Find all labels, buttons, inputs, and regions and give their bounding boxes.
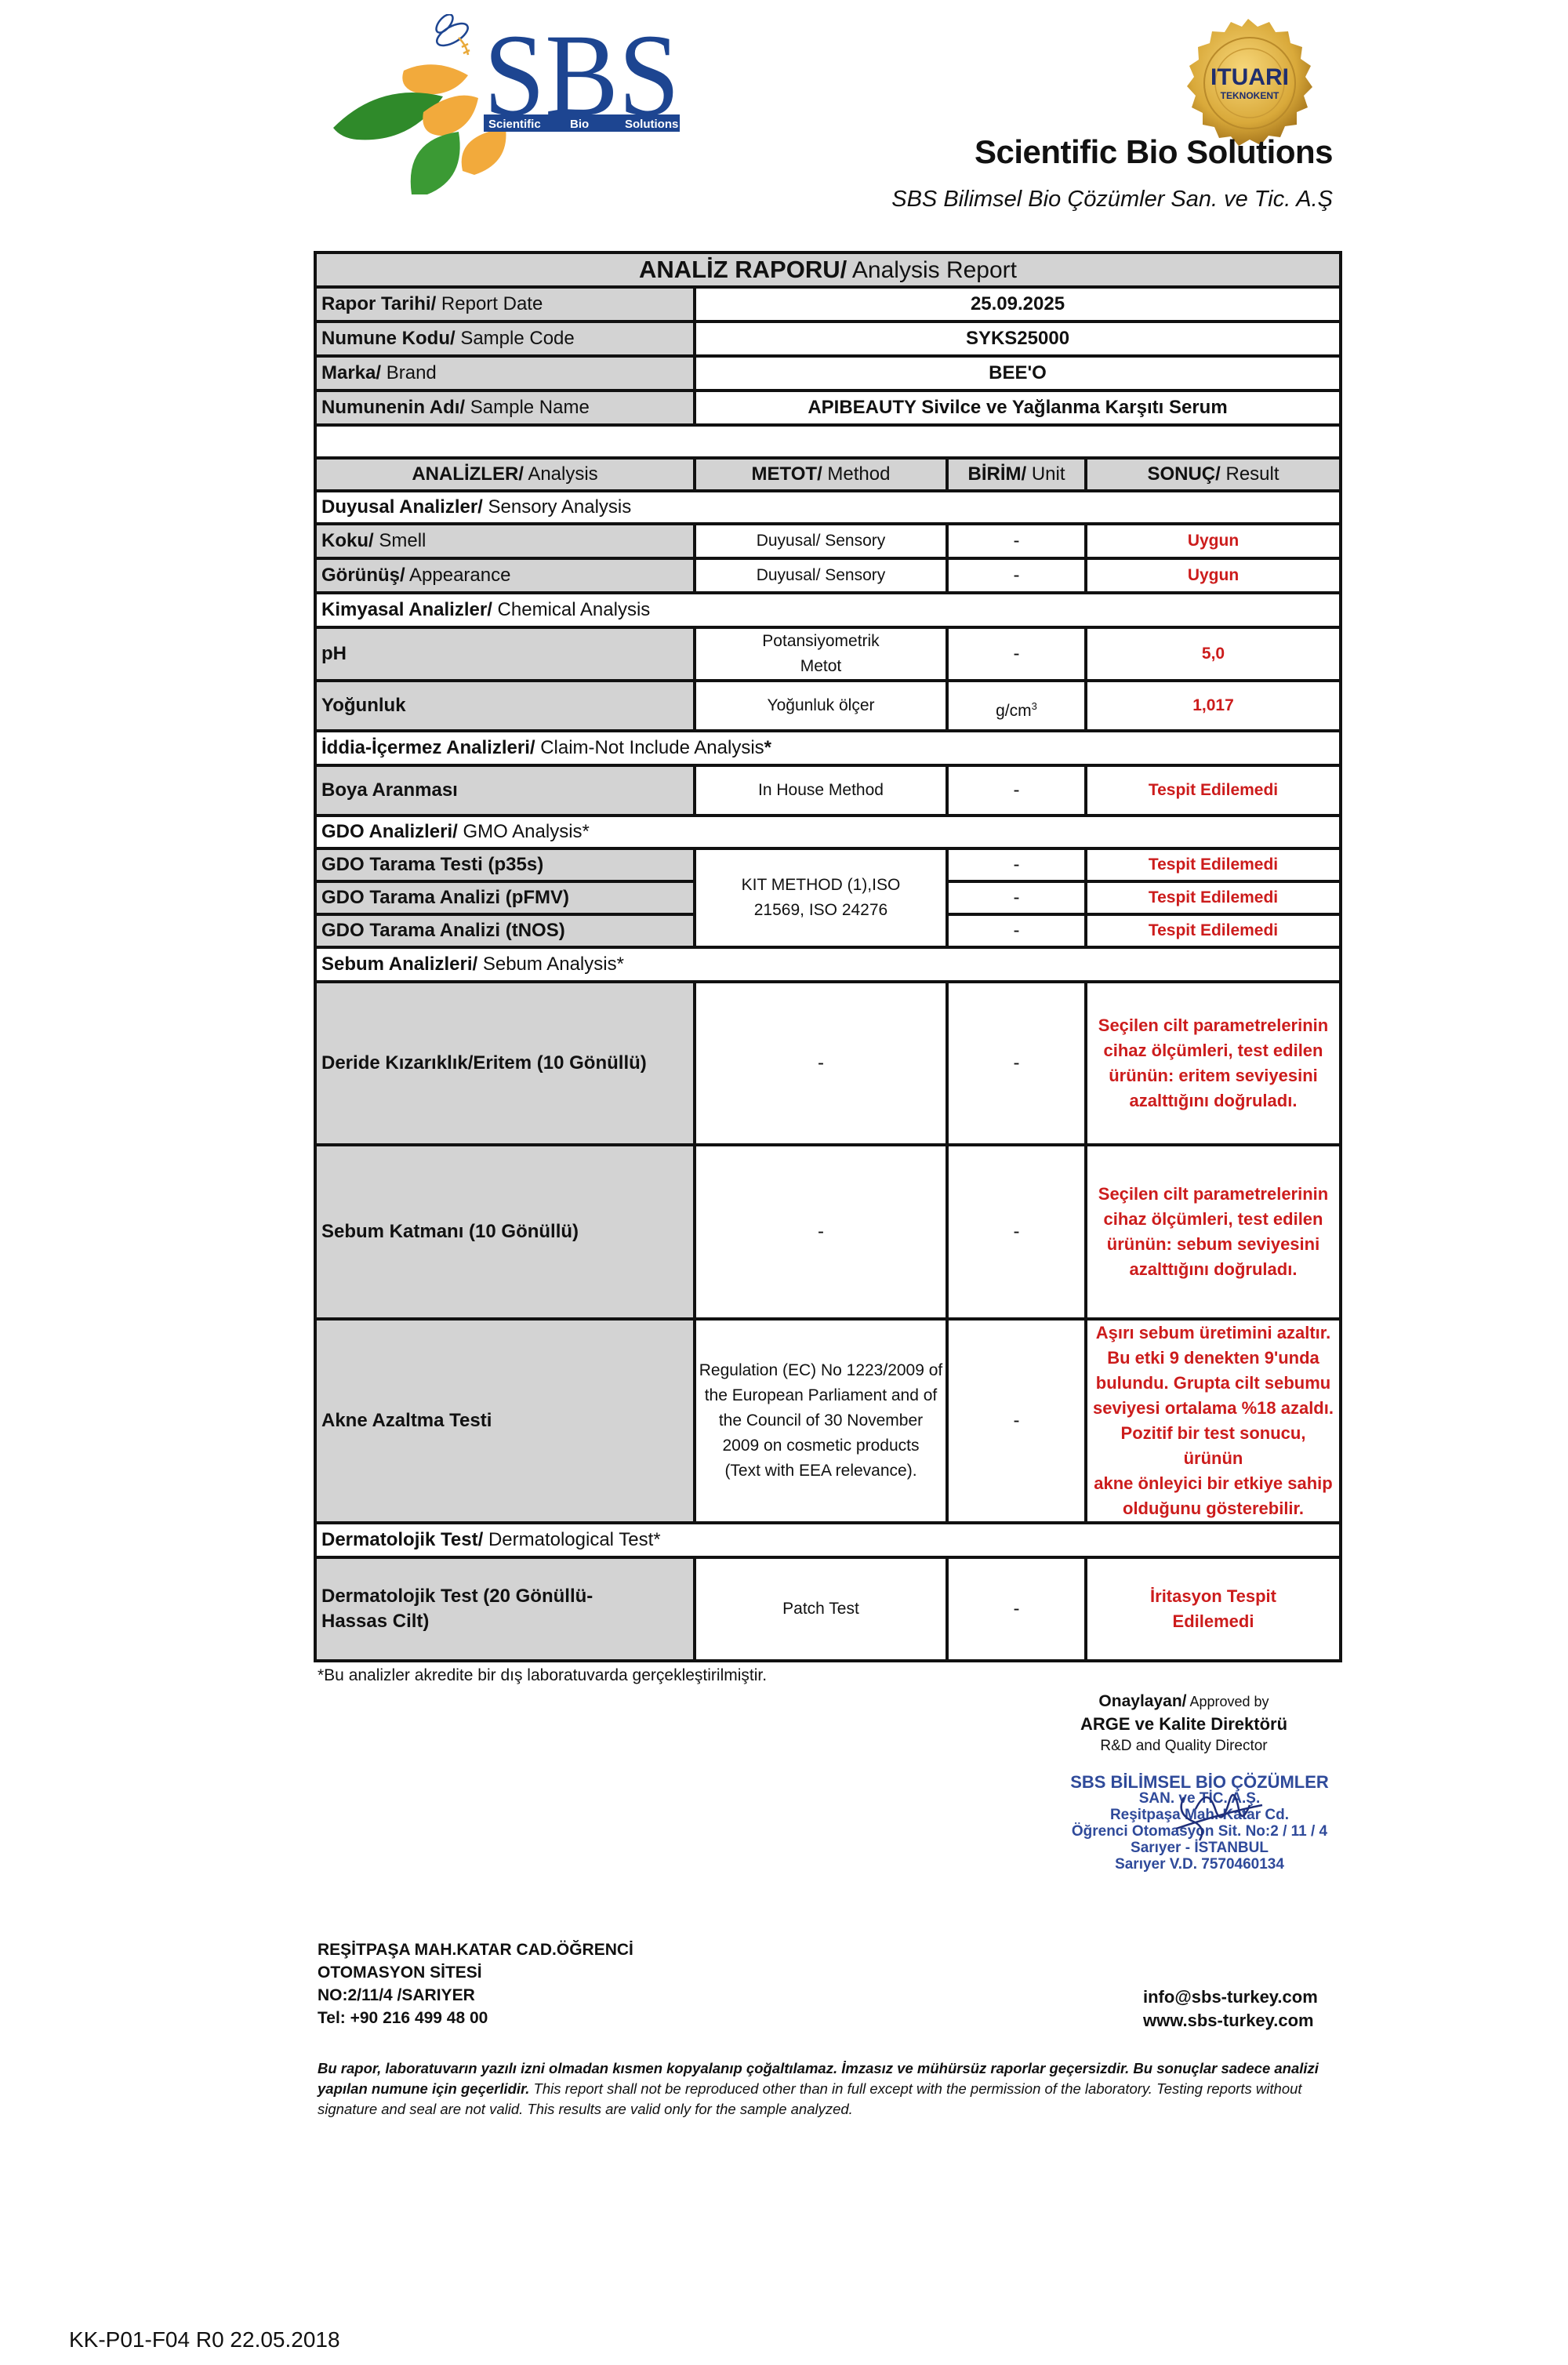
info-label: Numune Kodu/ Sample Code	[315, 322, 695, 356]
table-row: Koku/ Smell Duyusal/ Sensory - Uygun	[315, 524, 1341, 558]
unit-cell: g/cm3	[947, 681, 1086, 731]
unit-cell: -	[947, 765, 1086, 816]
section-sebum: Sebum Analizleri/ Sebum Analysis*	[315, 947, 1341, 982]
method-cell: PotansiyometrikMetot	[695, 627, 947, 681]
method-cell: -	[695, 1145, 947, 1319]
report-date-value: 25.09.2025	[695, 287, 1341, 322]
info-label: Numunenin Adı/ Sample Name	[315, 391, 695, 425]
method-cell: -	[695, 982, 947, 1145]
section-claim: İddia-İçermez Analizleri/ Claim-Not Incl…	[315, 731, 1341, 765]
form-code: KK-P01-F04 R0 22.05.2018	[69, 2327, 340, 2352]
analysis-name: Deride Kızarıklık/Eritem (10 Gönüllü)	[315, 982, 695, 1145]
analysis-name: Koku/ Smell	[315, 524, 695, 558]
result-cell: Tespit Edilemedi	[1086, 881, 1341, 914]
signature-icon	[1160, 1774, 1270, 1860]
section-title: GDO Analizleri/ GMO Analysis*	[315, 816, 1341, 848]
report-title-row: ANALİZ RAPORU/ Analysis Report	[315, 252, 1341, 287]
analysis-name: Boya Aranması	[315, 765, 695, 816]
svg-text:Solutions: Solutions	[625, 118, 678, 131]
section-title: İddia-İçermez Analizleri/ Claim-Not Incl…	[315, 731, 1341, 765]
contact-block: info@sbs-turkey.com www.sbs-turkey.com	[1143, 1985, 1318, 2033]
table-row: Dermatolojik Test (20 Gönüllü-Hassas Cil…	[315, 1557, 1341, 1661]
table-row: pH PotansiyometrikMetot - 5,0	[315, 627, 1341, 681]
info-label: Marka/ Brand	[315, 356, 695, 391]
unit-cell: -	[947, 982, 1086, 1145]
section-sensory: Duyusal Analizler/ Sensory Analysis	[315, 491, 1341, 524]
approval-block: Onaylayan/ Approved by ARGE ve Kalite Di…	[1066, 1692, 1301, 1755]
sample-code-value: SYKS25000	[695, 322, 1341, 356]
unit-cell: -	[947, 848, 1086, 881]
info-row-sample-name: Numunenin Adı/ Sample Name APIBEAUTY Siv…	[315, 391, 1341, 425]
table-row: Boya Aranması In House Method - Tespit E…	[315, 765, 1341, 816]
report-title: ANALİZ RAPORU/ Analysis Report	[315, 252, 1341, 287]
section-title: Duyusal Analizler/ Sensory Analysis	[315, 491, 1341, 524]
company-title: Scientific Bio Solutions	[831, 133, 1333, 171]
bee-icon	[434, 14, 471, 55]
analysis-name: GDO Tarama Analizi (pFMV)	[315, 881, 695, 914]
column-header-result: SONUÇ/ Result	[1086, 458, 1341, 491]
gmo-method-cell: KIT METHOD (1),ISO21569, ISO 24276	[695, 848, 947, 947]
section-chemical: Kimyasal Analizler/ Chemical Analysis	[315, 593, 1341, 627]
result-cell: Tespit Edilemedi	[1086, 765, 1341, 816]
result-cell: 5,0	[1086, 627, 1341, 681]
column-header-unit: BİRİM/ Unit	[947, 458, 1086, 491]
result-cell: Uygun	[1086, 558, 1341, 593]
approver-title-en: R&D and Quality Director	[1066, 1738, 1301, 1755]
unit-cell: -	[947, 524, 1086, 558]
result-cell: Aşırı sebum üretimini azaltır.Bu etki 9 …	[1086, 1319, 1341, 1523]
unit-cell: -	[947, 558, 1086, 593]
svg-text:Bio: Bio	[570, 118, 589, 131]
section-title: Dermatolojik Test/ Dermatological Test*	[315, 1523, 1341, 1557]
table-row: Sebum Katmanı (10 Gönüllü) - - Seçilen c…	[315, 1145, 1341, 1319]
svg-text:ITUARI: ITUARI	[1210, 64, 1289, 90]
sample-name-value: APIBEAUTY Sivilce ve Yağlanma Karşıtı Se…	[695, 391, 1341, 425]
table-row: GDO Tarama Testi (p35s) KIT METHOD (1),I…	[315, 848, 1341, 881]
unit-cell: -	[947, 627, 1086, 681]
company-address: REŞİTPAŞA MAH.KATAR CAD.ÖĞRENCİ OTOMASYO…	[318, 1938, 633, 2029]
unit-cell: -	[947, 914, 1086, 947]
ituari-teknokent-seal: ITUARI TEKNOKENT	[1170, 17, 1327, 152]
section-dermatological: Dermatolojik Test/ Dermatological Test*	[315, 1523, 1341, 1557]
table-row: Yoğunluk Yoğunluk ölçer g/cm3 1,017	[315, 681, 1341, 731]
analysis-name: Yoğunluk	[315, 681, 695, 731]
unit-cell: -	[947, 1145, 1086, 1319]
section-title: Kimyasal Analizler/ Chemical Analysis	[315, 593, 1341, 627]
analysis-name: Dermatolojik Test (20 Gönüllü-Hassas Cil…	[315, 1557, 695, 1661]
result-cell: 1,017	[1086, 681, 1341, 731]
svg-text:Scientific: Scientific	[488, 118, 541, 131]
section-title: Sebum Analizleri/ Sebum Analysis*	[315, 947, 1341, 982]
result-cell: Seçilen cilt parametrelerinincihaz ölçüm…	[1086, 1145, 1341, 1319]
sbs-logo: SBS Scientific Bio Solutions	[318, 14, 682, 202]
approver-title: ARGE ve Kalite Direktörü	[1066, 1714, 1301, 1735]
column-header-method: METOT/ Method	[695, 458, 947, 491]
method-cell: Duyusal/ Sensory	[695, 558, 947, 593]
email-link[interactable]: info@sbs-turkey.com	[1143, 1985, 1318, 2009]
analysis-name: Akne Azaltma Testi	[315, 1319, 695, 1523]
unit-cell: -	[947, 881, 1086, 914]
accreditation-footnote: *Bu analizler akredite bir dış laboratuv…	[318, 1666, 767, 1685]
table-row: Akne Azaltma Testi Regulation (EC) No 12…	[315, 1319, 1341, 1523]
info-label: Rapor Tarihi/ Report Date	[315, 287, 695, 322]
unit-cell: -	[947, 1319, 1086, 1523]
analysis-name: GDO Tarama Testi (p35s)	[315, 848, 695, 881]
unit-cell: -	[947, 1557, 1086, 1661]
result-cell: Tespit Edilemedi	[1086, 848, 1341, 881]
method-cell: Duyusal/ Sensory	[695, 524, 947, 558]
method-cell: Patch Test	[695, 1557, 947, 1661]
analysis-name: GDO Tarama Analizi (tNOS)	[315, 914, 695, 947]
info-row-sample-code: Numune Kodu/ Sample Code SYKS25000	[315, 322, 1341, 356]
analysis-report-table: ANALİZ RAPORU/ Analysis Report Rapor Tar…	[314, 251, 1342, 1662]
table-row: Görünüş/ Appearance Duyusal/ Sensory - U…	[315, 558, 1341, 593]
info-row-report-date: Rapor Tarihi/ Report Date 25.09.2025	[315, 287, 1341, 322]
column-header-analysis: ANALİZLER/ Analysis	[315, 458, 695, 491]
method-cell: Yoğunluk ölçer	[695, 681, 947, 731]
spacer-row	[315, 425, 1341, 458]
website-link[interactable]: www.sbs-turkey.com	[1143, 2009, 1318, 2033]
analysis-name: pH	[315, 627, 695, 681]
column-header-row: ANALİZLER/ Analysis METOT/ Method BİRİM/…	[315, 458, 1341, 491]
result-cell: Tespit Edilemedi	[1086, 914, 1341, 947]
result-cell: Seçilen cilt parametrelerinincihaz ölçüm…	[1086, 982, 1341, 1145]
method-cell: Regulation (EC) No 1223/2009 ofthe Europ…	[695, 1319, 947, 1523]
result-cell: Uygun	[1086, 524, 1341, 558]
analysis-name: Sebum Katmanı (10 Gönüllü)	[315, 1145, 695, 1319]
info-row-brand: Marka/ Brand BEE'O	[315, 356, 1341, 391]
result-cell: İritasyon TespitEdilemedi	[1086, 1557, 1341, 1661]
analysis-name: Görünüş/ Appearance	[315, 558, 695, 593]
brand-value: BEE'O	[695, 356, 1341, 391]
table-row: Deride Kızarıklık/Eritem (10 Gönüllü) - …	[315, 982, 1341, 1145]
section-gmo: GDO Analizleri/ GMO Analysis*	[315, 816, 1341, 848]
company-legal-name: SBS Bilimsel Bio Çözümler San. ve Tic. A…	[706, 187, 1333, 213]
method-cell: In House Method	[695, 765, 947, 816]
legal-disclaimer: Bu rapor, laboratuvarın yazılı izni olma…	[318, 2058, 1345, 2120]
svg-text:TEKNOKENT: TEKNOKENT	[1221, 90, 1279, 101]
